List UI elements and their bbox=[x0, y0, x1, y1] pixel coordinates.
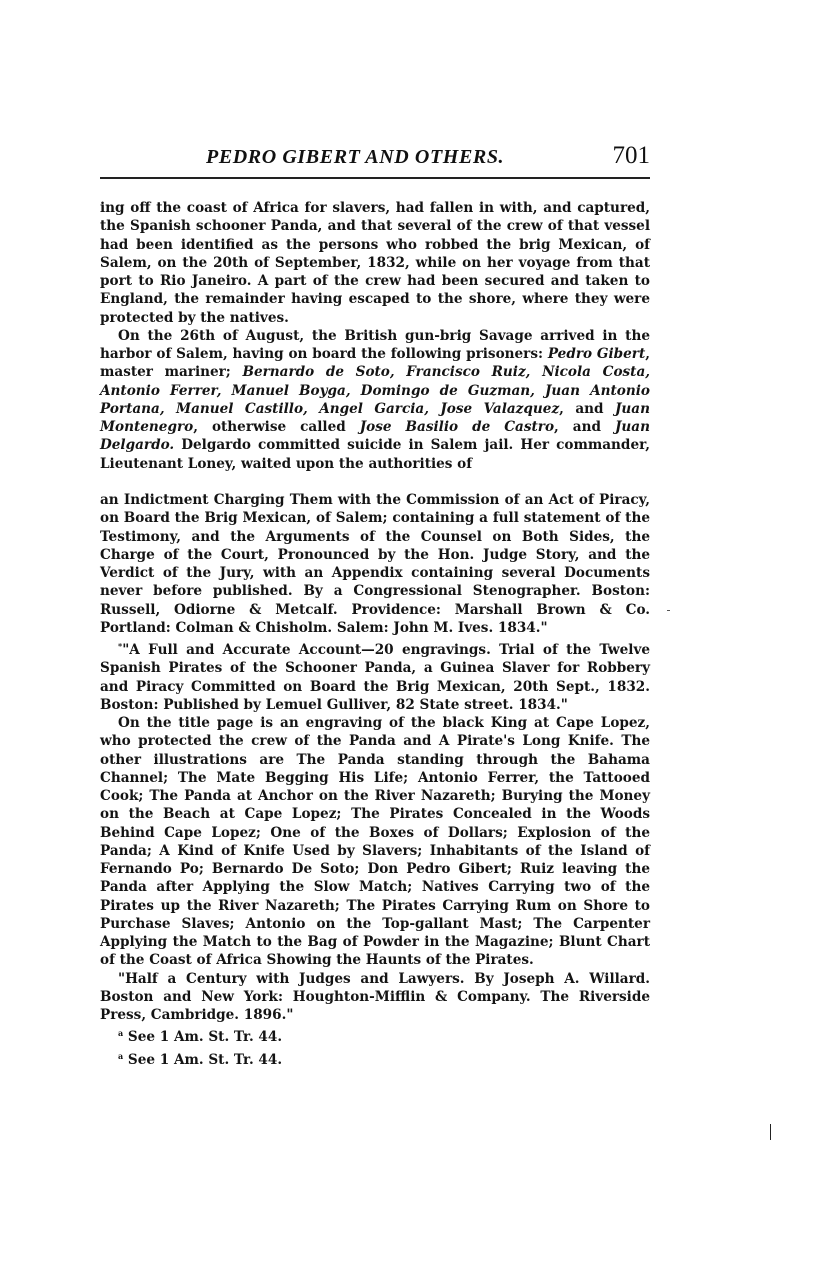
main-text: ing off the coast of Africa for slavers,… bbox=[100, 199, 650, 473]
footnote-full-account-text: "A Full and Accurate Account—20 engravin… bbox=[100, 642, 650, 713]
footnote-half-century: "Half a Century with Judges and Lawyers.… bbox=[100, 970, 650, 1025]
scan-speck bbox=[667, 610, 670, 611]
footnote-note-text: See 1 Am. St. Tr. 44. bbox=[128, 1029, 282, 1045]
separator: , and bbox=[554, 419, 615, 435]
footnote-note-text: See 1 Am. St. Tr. 44. bbox=[128, 1052, 282, 1068]
footnote-marker: a bbox=[118, 1028, 123, 1038]
separator: , otherwise called bbox=[193, 419, 360, 435]
footnotes: an Indictment Charging Them with the Com… bbox=[100, 491, 650, 1069]
header-rule bbox=[100, 177, 650, 179]
footnote-title-page: On the title page is an engraving of the… bbox=[100, 714, 650, 970]
paragraph-prisoners: On the 26th of August, the British gun-b… bbox=[100, 327, 650, 473]
footnote-marker: a bbox=[118, 1051, 123, 1061]
running-title: PEDRO GIBERT AND OTHERS. bbox=[206, 146, 504, 169]
scan-edge-mark bbox=[770, 1124, 771, 1140]
footnote-full-account: *"A Full and Accurate Account—20 engravi… bbox=[100, 637, 650, 714]
footnote-note: a See 1 Am. St. Tr. 44. bbox=[100, 1024, 650, 1046]
paragraph-continuation: ing off the coast of Africa for slavers,… bbox=[100, 199, 650, 327]
prisoner-alias: Jose Basilio de Castro bbox=[360, 419, 554, 435]
running-head: PEDRO GIBERT AND OTHERS. 701 bbox=[100, 142, 650, 176]
footnote-continuation: an Indictment Charging Them with the Com… bbox=[100, 491, 650, 637]
prisoners-outro: Delgardo committed suicide in Salem jail… bbox=[100, 437, 650, 471]
prisoner-name: Pedro Gibert bbox=[548, 346, 645, 362]
separator: , and bbox=[559, 401, 615, 417]
page-number: 701 bbox=[613, 142, 651, 170]
footnote-note: a See 1 Am. St. Tr. 44. bbox=[100, 1047, 650, 1069]
